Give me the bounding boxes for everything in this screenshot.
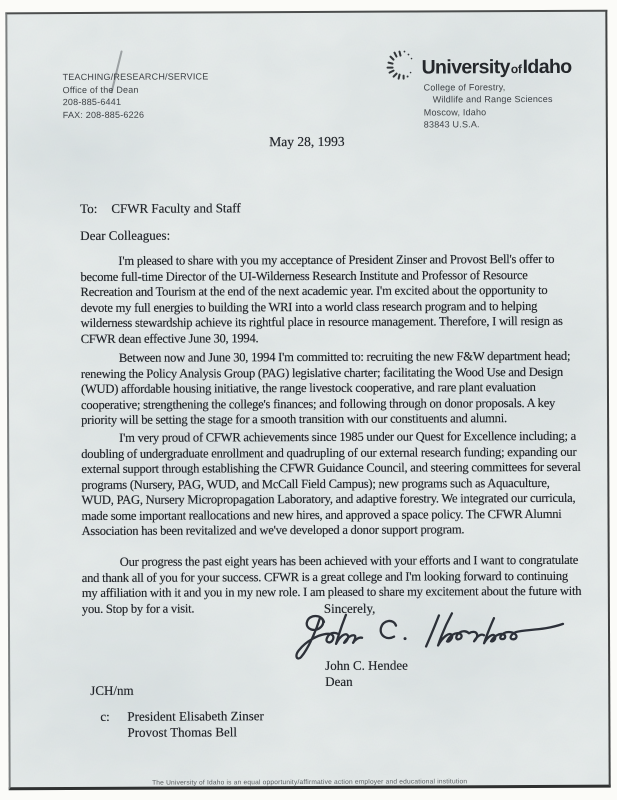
cc-name-2: Provost Thomas Bell — [127, 724, 264, 740]
starburst-icon — [384, 49, 418, 83]
date-line: May 28, 1993 — [8, 133, 606, 152]
wordmark-idaho: Idaho — [523, 56, 572, 78]
paragraph-1: I'm pleased to share with you my accepta… — [80, 252, 581, 347]
wordmark-of: of — [511, 62, 522, 76]
signer-title: Dean — [325, 674, 353, 690]
university-wordmark: UniversityofIdaho — [422, 56, 572, 80]
cc-label: c: — [100, 709, 109, 725]
city-line: Moscow, Idaho — [424, 106, 553, 119]
salutation: Dear Colleagues: — [80, 228, 170, 244]
college-line2: Wildlife and Range Sciences — [424, 93, 553, 106]
zip-line: 83843 U.S.A. — [424, 118, 553, 131]
letterhead-dept-line: TEACHING/RESEARCH/SERVICE — [63, 70, 209, 83]
reference-initials: JCH/nm — [90, 683, 133, 699]
wordmark-university: University — [422, 56, 510, 78]
college-line: College of Forestry, — [424, 81, 553, 94]
recipient-line: To:CFWR Faculty and Staff — [80, 200, 241, 217]
signer-typed-name: John C. Hendee — [325, 658, 408, 674]
cc-name-1: President Elisabeth Zinser — [127, 708, 264, 724]
letter-paper: TEACHING/RESEARCH/SERVICE Office of the … — [5, 10, 610, 791]
recipient-label: To: — [80, 201, 97, 216]
letterhead-phone: 208-885-6441 — [63, 96, 209, 109]
letterhead-left-block: TEACHING/RESEARCH/SERVICE Office of the … — [63, 70, 209, 121]
paragraph-2: Between now and June 30, 1994 I'm commit… — [81, 349, 582, 429]
cc-block: c: President Elisabeth Zinser Provost Th… — [100, 708, 264, 740]
letterhead-fax: FAX: 208-885-6226 — [63, 108, 209, 121]
paragraph-3: I'm very proud of CFWR achievements sinc… — [81, 429, 582, 540]
footer-statement: The University of Idaho is an equal oppo… — [11, 778, 609, 788]
recipient-value: CFWR Faculty and Staff — [111, 200, 240, 216]
letterhead-right-block: College of Forestry, Wildlife and Range … — [424, 81, 553, 131]
letterhead-office-line: Office of the Dean — [63, 83, 209, 96]
scanned-page: TEACHING/RESEARCH/SERVICE Office of the … — [0, 0, 617, 800]
